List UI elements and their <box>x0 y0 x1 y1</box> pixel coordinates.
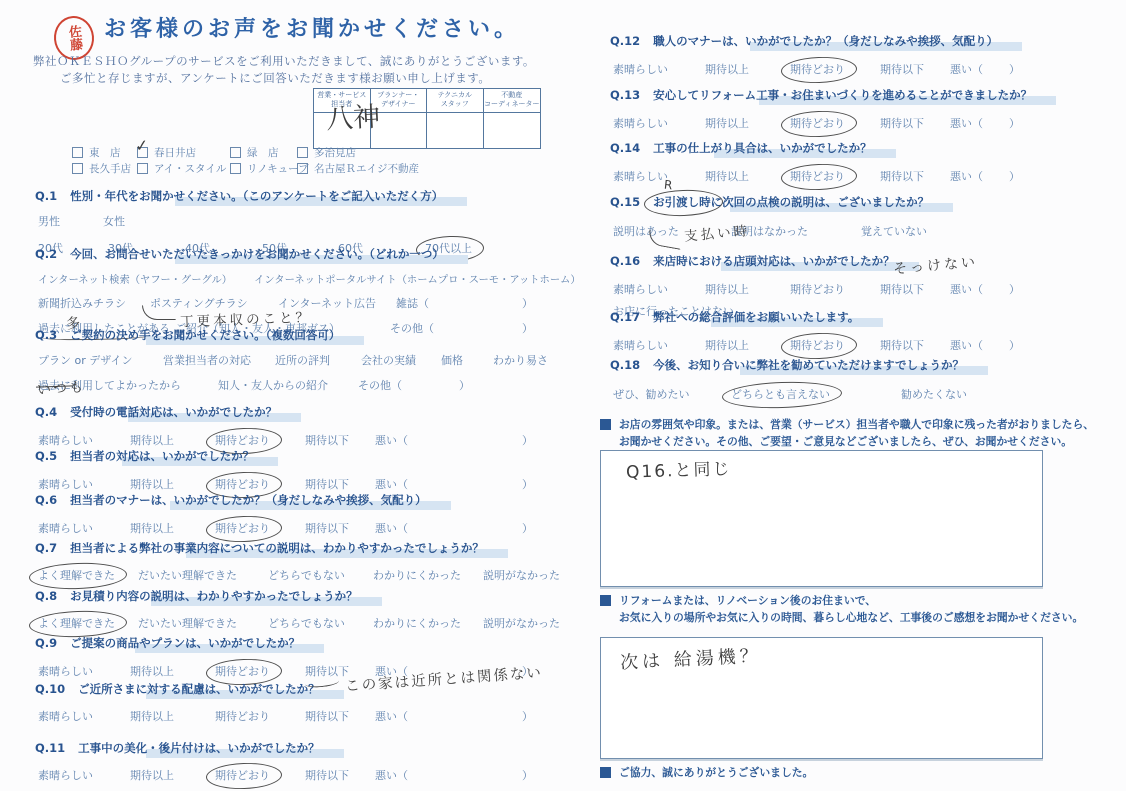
option: 素晴らしい <box>613 61 705 77</box>
checkbox <box>230 163 241 174</box>
paren-close: ） <box>1009 281 1020 297</box>
paren-close: ） <box>1009 115 1020 131</box>
question-number: Q.17 <box>610 310 640 324</box>
option: 期待どおり <box>215 708 305 724</box>
footer-thanks: ご協力、誠にありがとうございました。 <box>600 765 813 782</box>
question-number: Q.9 <box>35 636 57 650</box>
option-selected: 期待どおり <box>790 115 880 131</box>
scanned-survey-form: 佐藤 お客様のお声をお聞かせください。 弊社ＯＫＥＳＨＯグループのサービスをご利… <box>0 0 1126 791</box>
intro-line-2: ご多忙と存じますが、アンケートにご回答いただきます様お願い申し上げます。 <box>60 70 490 86</box>
option: 期待以下 <box>305 476 375 492</box>
paren-close: ） <box>1009 168 1020 184</box>
option: 素晴らしい <box>613 281 705 297</box>
option: 悪い（ <box>375 432 408 448</box>
intro-line-1: 弊社ＯＫＥＳＨＯグループのサービスをご利用いただきまして、誠にありがとうございま… <box>33 53 535 69</box>
question-number: Q.14 <box>610 141 640 155</box>
checkbox <box>137 163 148 174</box>
store-option-aistyle: アイ・スタイル <box>137 161 226 176</box>
option-selected: 期待どおり <box>790 61 880 77</box>
store-option-nagoya-r-age: 名古屋Ｒエイジ不動産 <box>297 161 419 176</box>
option: 期待以下 <box>880 337 950 353</box>
option-selected: 期待どおり <box>790 337 880 353</box>
question-number: Q.7 <box>35 541 57 555</box>
store-option-higashi: 東 店 <box>72 145 121 160</box>
option: 説明がなかった <box>483 615 560 631</box>
option: 期待以上 <box>130 432 215 448</box>
question-title: ご提案の商品やプランは、いかがでしたか？ <box>70 635 300 651</box>
checkbox <box>297 147 308 158</box>
option: 素晴らしい <box>38 767 130 783</box>
option: 素晴らしい <box>38 432 130 448</box>
question-number: Q.1 <box>35 189 57 203</box>
option: 悪い（ <box>950 115 983 131</box>
option-selected: よく理解できた <box>38 615 138 631</box>
option: 期待以下 <box>880 168 950 184</box>
question-title: 性別・年代をお聞かせください。（このアンケートをご記入いただく方） <box>70 188 443 204</box>
option: 素晴らしい <box>613 168 705 184</box>
section-marker <box>600 767 611 778</box>
option: だいたい理解できた <box>138 615 268 631</box>
store-option-nagakute: 長久手店 <box>72 161 131 176</box>
option: 説明がなかった <box>483 567 560 583</box>
option: ぜひ、勧めたい <box>613 386 731 402</box>
question-12: Q.12職人のマナーは、いかがでしたか？（身だしなみや挨拶、気配り） 素晴らしい… <box>610 33 1020 77</box>
option: 期待以上 <box>705 115 790 131</box>
comment-prompt-1: お店の雰囲気や印象。または、営業（サービス）担当者や職人で印象に残った者がおりま… <box>600 417 1094 450</box>
checkbox <box>297 163 308 174</box>
option: 悪い（ <box>375 476 408 492</box>
option: わかりにくかった <box>373 615 483 631</box>
option: どちらでもない <box>268 615 373 631</box>
option: 男性 <box>38 213 60 229</box>
question-title: お引渡し時に次回の点検の説明は、ございましたか？ <box>653 194 929 210</box>
option: 期待以下 <box>880 115 950 131</box>
option-selected: 期待どおり <box>790 168 880 184</box>
option: インターネットポータルサイト（ホームプロ・スーモ・アットホーム） <box>254 271 581 286</box>
option-selected: 期待どおり <box>215 520 305 536</box>
option: 悪い（ <box>950 281 983 297</box>
question-title: 今後、お知り合いに弊社を勧めていただけますでしょうか？ <box>653 357 964 373</box>
question-number: Q.3 <box>35 328 57 342</box>
option: 覚えていない <box>861 223 927 239</box>
paren-close: ） <box>1009 337 1020 353</box>
option: 素晴らしい <box>38 476 130 492</box>
option: 悪い（ <box>950 337 983 353</box>
option: 期待以上 <box>130 767 215 783</box>
question-number: Q.5 <box>35 449 57 463</box>
option: 期待以上 <box>130 476 215 492</box>
question-title: 受付時の電話対応は、いかがでしたか？ <box>70 404 277 420</box>
handwritten-q3-note: いつも <box>36 376 85 399</box>
handwritten-q15-note: 支払い時 <box>683 219 750 245</box>
option: 新聞折込みチラシ <box>38 295 150 311</box>
option: だいたい理解できた <box>138 567 268 583</box>
option: どちらでもない <box>268 567 373 583</box>
option: 営業担当者の対応 <box>163 352 275 368</box>
question-title: 担当者のマナーは、いかがでしたか？（身だしなみや挨拶、気配り） <box>70 492 427 508</box>
question-number: Q.11 <box>35 741 65 755</box>
option: 素晴らしい <box>613 115 705 131</box>
option: 期待以上 <box>130 663 215 679</box>
question-5: Q.5担当者の対応は、いかがでしたか？ 素晴らしい 期待以上 期待どおり 期待以… <box>35 448 533 492</box>
question-title: 担当者の対応は、いかがでしたか？ <box>70 448 254 464</box>
question-title: 職人のマナーは、いかがでしたか？（身だしなみや挨拶、気配り） <box>653 33 998 49</box>
option-selected: よく理解できた <box>38 567 138 583</box>
question-number: Q.12 <box>610 34 640 48</box>
option: 悪い（ <box>375 767 408 783</box>
question-number: Q.8 <box>35 589 57 603</box>
checkbox <box>72 147 83 158</box>
option: その他（ <box>358 377 402 393</box>
paren-close: ） <box>522 476 533 492</box>
handwritten-box1-note: Q16.と同じ <box>626 454 732 483</box>
option: 知人・友人からの紹介 <box>218 377 358 393</box>
staff-cell <box>427 112 484 148</box>
paren-close: ） <box>522 295 533 311</box>
question-8: Q.8お見積り内容の説明は、わかりやすかったでしょうか？ よく理解できた だいた… <box>35 588 533 631</box>
paren-close: ） <box>522 432 533 448</box>
staff-col-technical: テクニカルスタッフ <box>427 89 484 112</box>
option: 素晴らしい <box>613 337 705 353</box>
option-selected: 期待どおり <box>215 767 305 783</box>
option: 悪い（ <box>375 708 408 724</box>
checkbox <box>72 163 83 174</box>
option: 期待以下 <box>880 281 950 297</box>
option: 期待以下 <box>305 520 375 536</box>
question-number: Q.10 <box>35 682 65 696</box>
paren-close: ） <box>522 767 533 783</box>
option: 期待以下 <box>305 767 375 783</box>
option: 女性 <box>103 213 125 229</box>
option: 期待どおり <box>790 281 880 297</box>
option: 期待以上 <box>705 168 790 184</box>
question-18: Q.18今後、お知り合いに弊社を勧めていただけますでしょうか？ ぜひ、勧めたい … <box>610 357 1020 402</box>
option-selected: 期待どおり <box>215 663 305 679</box>
option: プラン or デザイン <box>38 352 163 368</box>
option-selected: 期待どおり <box>215 476 305 492</box>
question-title: 工事中の美化・後片付けは、いかがでしたか？ <box>78 740 320 756</box>
handwritten-checkmark: ✓ <box>134 135 149 155</box>
question-title: 今回、お問合せいただいたきっかけをお聞かせください。（どれか一つ） <box>70 246 444 262</box>
question-number: Q.16 <box>610 254 640 268</box>
checkbox <box>230 147 241 158</box>
option: 素晴らしい <box>38 708 130 724</box>
handwritten-q2-count: 多 <box>65 312 82 334</box>
option: 期待以下 <box>305 708 375 724</box>
option: 期待以上 <box>705 337 790 353</box>
question-11: Q.11工事中の美化・後片付けは、いかがでしたか？ 素晴らしい 期待以上 期待ど… <box>35 740 533 783</box>
option: 雑誌（ <box>396 295 429 311</box>
question-4: Q.4受付時の電話対応は、いかがでしたか？ 素晴らしい 期待以上 期待どおり 期… <box>35 404 533 448</box>
paren-close: ） <box>1009 61 1020 77</box>
option: 期待以上 <box>130 520 215 536</box>
question-title: 来店時における店頭対応は、いかがでしたか？ <box>653 253 895 269</box>
option: 期待以上 <box>705 281 790 297</box>
question-7: Q.7担当者による弊社の事業内容についての説明は、わかりやすかったでしょうか？ … <box>35 540 533 583</box>
question-number: Q.6 <box>35 493 57 507</box>
handwritten-q15-mark: R <box>663 178 673 193</box>
option: インターネット検索（ヤフー・グーグル） <box>38 271 232 286</box>
question-number: Q.2 <box>35 247 57 261</box>
question-6: Q.6担当者のマナーは、いかがでしたか？（身だしなみや挨拶、気配り） 素晴らしい… <box>35 492 533 536</box>
option-selected: 期待どおり <box>215 432 305 448</box>
handwritten-staff-name: 八神 <box>325 95 381 137</box>
question-title: 担当者による弊社の事業内容についての説明は、わかりやすかったでしょうか？ <box>70 540 484 556</box>
store-option-tajimi: 多治見店 <box>297 145 356 160</box>
option: 会社の実績 <box>361 352 441 368</box>
option: わかり易さ <box>493 352 548 368</box>
option-selected: どちらとも言えない <box>731 386 901 402</box>
option: 悪い（ <box>950 61 983 77</box>
section-marker <box>600 595 611 606</box>
staff-col-realestate: 不動産コーディネーター <box>484 89 541 112</box>
store-option-midori: 緑 店 <box>230 145 279 160</box>
paren-close: ） <box>459 377 470 393</box>
comment-prompt-2: リフォームまたは、リノベーション後のお住まいで、お気に入りの場所やお気に入りの時… <box>600 593 1083 626</box>
question-17: Q.17弊社への総合評価をお願いいたします。 素晴らしい 期待以上 期待どおり … <box>610 309 1020 353</box>
question-title: 安心してリフォーム工事・お住まいづくりを進めることができましたか？ <box>653 87 1032 103</box>
option: 価格 <box>441 352 493 368</box>
option: 悪い（ <box>375 520 408 536</box>
option: 期待以上 <box>705 61 790 77</box>
question-number: Q.18 <box>610 358 640 372</box>
question-number: Q.4 <box>35 405 57 419</box>
option: 期待以下 <box>880 61 950 77</box>
staff-cell <box>484 112 541 148</box>
paren-close: ） <box>522 520 533 536</box>
question-title: ご近所さまに対する配慮は、いかがでしたか？ <box>78 681 320 697</box>
option: 悪い（ <box>950 168 983 184</box>
question-title: 弊社への総合評価をお願いいたします。 <box>653 309 859 325</box>
question-title: お見積り内容の説明は、わかりやすかったでしょうか？ <box>70 588 358 604</box>
question-13: Q.13安心してリフォーム工事・お住まいづくりを進めることができましたか？ 素晴… <box>610 87 1020 131</box>
section-marker <box>600 419 611 430</box>
paren-close: ） <box>522 708 533 724</box>
question-3: Q.3ご契約の決め手をお聞かせください。（複数回答可） プラン or デザイン … <box>35 327 533 393</box>
option: 期待以上 <box>130 708 215 724</box>
option: 素晴らしい <box>38 520 130 536</box>
question-title: 工事の仕上がり具合は、いかがでしたか？ <box>653 140 872 156</box>
option: わかりにくかった <box>373 567 483 583</box>
option: 素晴らしい <box>38 663 130 679</box>
question-number: Q.15 <box>610 195 640 209</box>
option: 期待以下 <box>305 432 375 448</box>
option: 近所の評判 <box>275 352 361 368</box>
option: 勧めたくない <box>901 386 967 402</box>
page-title: お客様のお声をお聞かせください。 <box>104 12 520 43</box>
question-number: Q.13 <box>610 88 640 102</box>
